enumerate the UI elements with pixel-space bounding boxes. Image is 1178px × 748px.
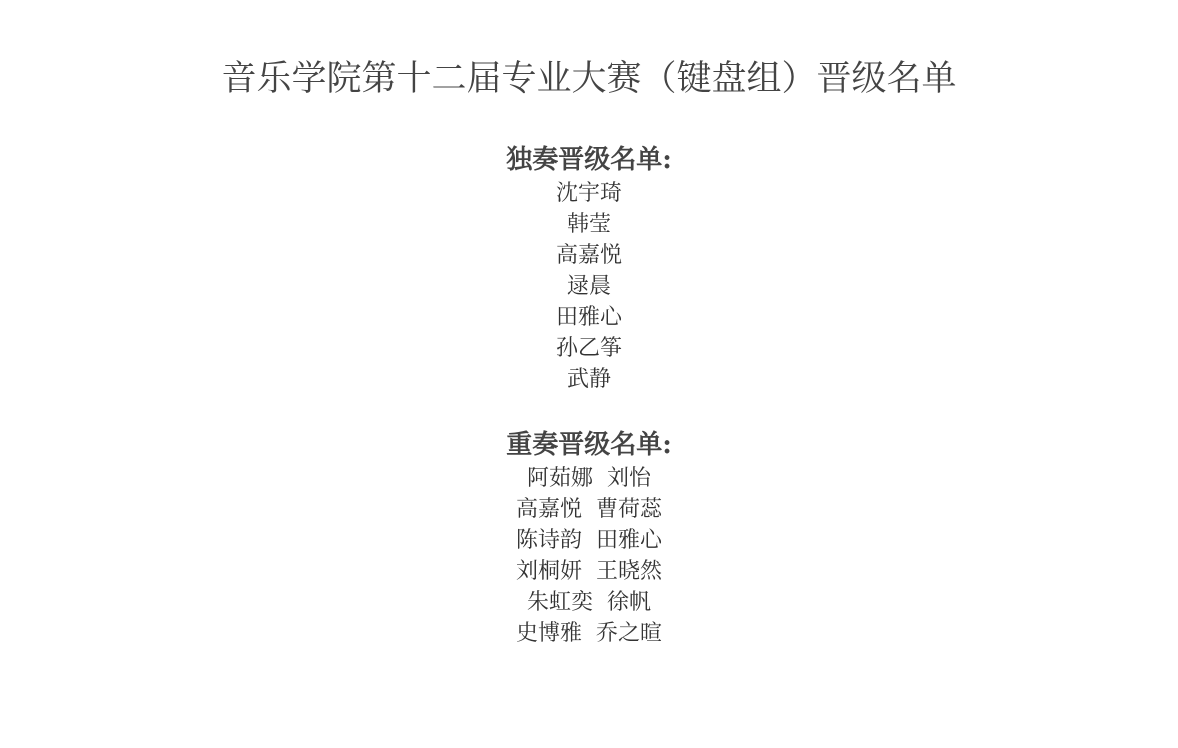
ensemble-member: 曹荷蕊: [596, 497, 662, 522]
ensemble-member: 刘桐妍: [516, 559, 582, 584]
ensemble-member: 王晓然: [596, 559, 662, 584]
solo-name: 高嘉悦: [0, 240, 1178, 271]
solo-name: 逯晨: [0, 271, 1178, 302]
ensemble-pair: 陈诗韵田雅心: [0, 525, 1178, 556]
ensemble-member: 史博雅: [516, 621, 582, 646]
solo-name: 武静: [0, 364, 1178, 395]
ensemble-member: 朱虹奕: [527, 590, 593, 615]
ensemble-member: 高嘉悦: [516, 497, 582, 522]
solo-section: 独奏晋级名单: 沈宇琦 韩莹 高嘉悦 逯晨 田雅心 孙乙筝 武静: [0, 142, 1178, 395]
ensemble-section: 重奏晋级名单: 阿茹娜刘怡 高嘉悦曹荷蕊 陈诗韵田雅心 刘桐妍王晓然 朱虹奕徐帆…: [0, 427, 1178, 649]
ensemble-heading: 重奏晋级名单:: [0, 427, 1178, 463]
ensemble-pair: 朱虹奕徐帆: [0, 587, 1178, 618]
ensemble-member: 阿茹娜: [527, 466, 593, 491]
solo-name: 孙乙筝: [0, 333, 1178, 364]
ensemble-pair: 高嘉悦曹荷蕊: [0, 494, 1178, 525]
solo-name: 沈宇琦: [0, 178, 1178, 209]
ensemble-member: 乔之暄: [596, 621, 662, 646]
solo-name-list: 沈宇琦 韩莹 高嘉悦 逯晨 田雅心 孙乙筝 武静: [0, 178, 1178, 395]
page-title: 音乐学院第十二届专业大赛（键盘组）晋级名单: [0, 56, 1178, 102]
ensemble-pair: 阿茹娜刘怡: [0, 463, 1178, 494]
ensemble-pair-list: 阿茹娜刘怡 高嘉悦曹荷蕊 陈诗韵田雅心 刘桐妍王晓然 朱虹奕徐帆 史博雅乔之暄: [0, 463, 1178, 649]
solo-name: 韩莹: [0, 209, 1178, 240]
ensemble-member: 刘怡: [607, 466, 651, 491]
solo-heading: 独奏晋级名单:: [0, 142, 1178, 178]
ensemble-member: 徐帆: [607, 590, 651, 615]
solo-name: 田雅心: [0, 302, 1178, 333]
ensemble-pair: 刘桐妍王晓然: [0, 556, 1178, 587]
ensemble-pair: 史博雅乔之暄: [0, 618, 1178, 649]
ensemble-member: 陈诗韵: [516, 528, 582, 553]
ensemble-member: 田雅心: [596, 528, 662, 553]
